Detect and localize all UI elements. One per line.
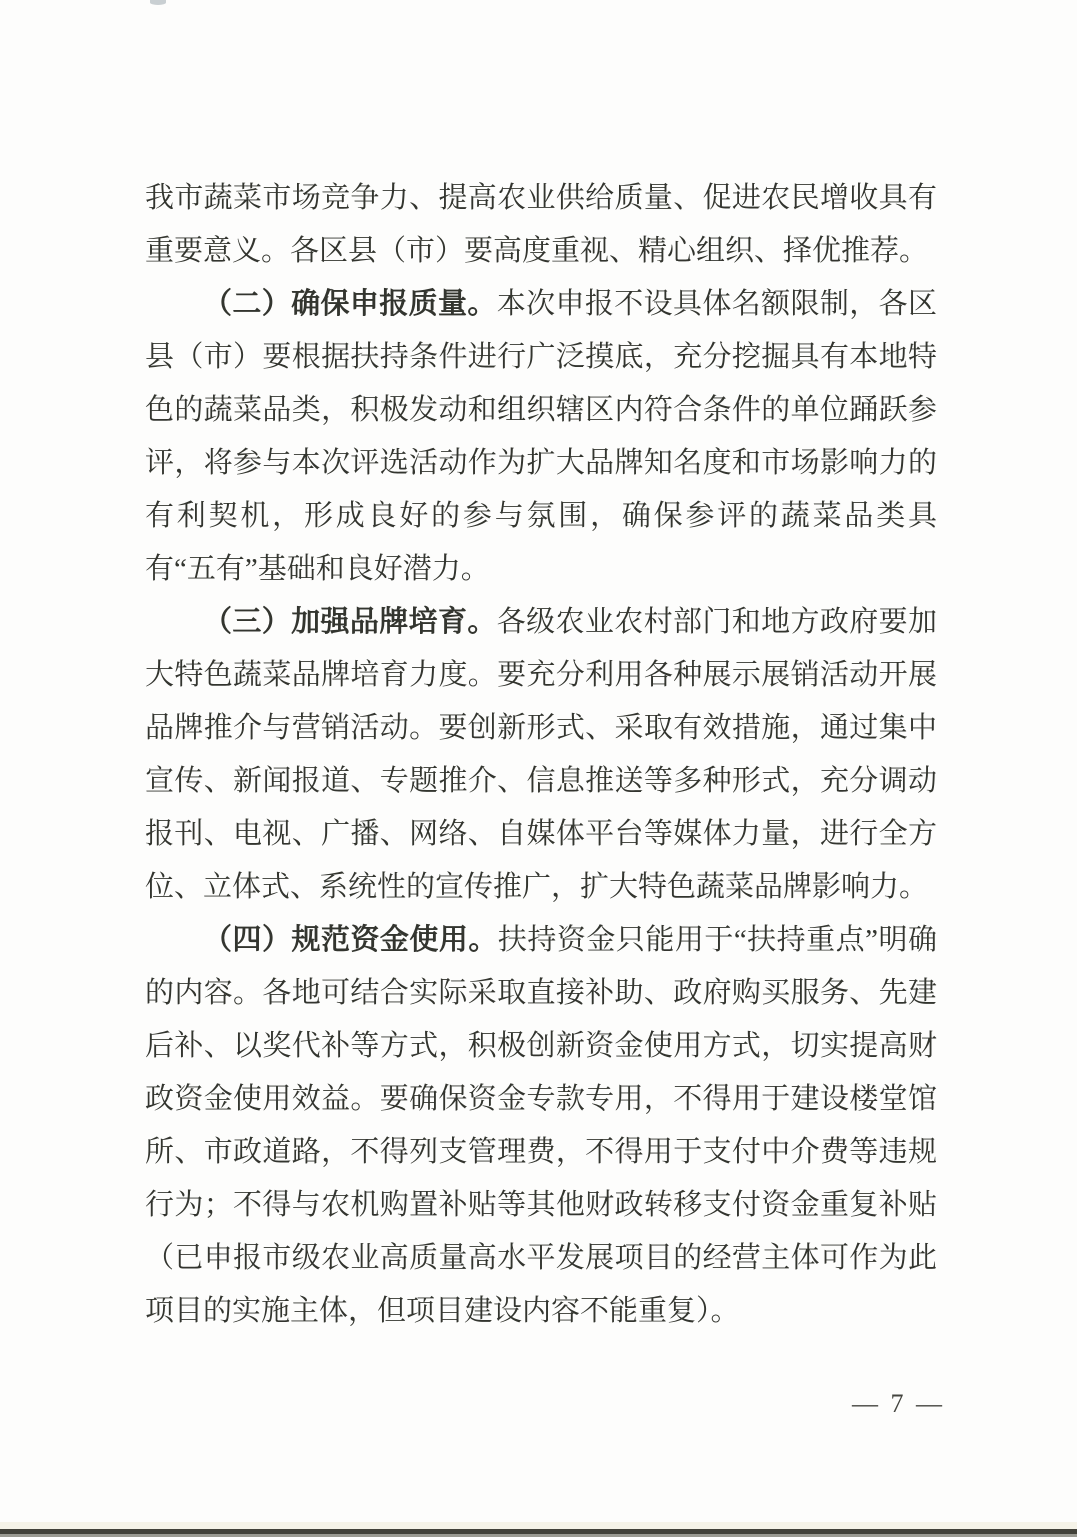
scan-artifact-top <box>150 0 166 5</box>
paragraph-text: 各级农业农村部门和地方政府要加大特色蔬菜品牌培育力度。要充分利用各种展示展销活动… <box>145 606 937 903</box>
paragraph: （四）规范资金使用。扶持资金只能用于“扶持重点”明确的内容。各地可结合实际采取直… <box>145 914 937 1338</box>
paragraph-text: 本次申报不设具体名额限制，各区县（市）要根据扶持条件进行广泛摸底，充分挖掘具有本… <box>145 288 937 585</box>
paragraph: 我市蔬菜市场竞争力、提高农业供给质量、促进农民增收具有重要意义。各区县（市）要高… <box>145 172 937 278</box>
paragraph-text: 扶持资金只能用于“扶持重点”明确的内容。各地可结合实际采取直接补助、政府购买服务… <box>145 924 937 1327</box>
document-body: 我市蔬菜市场竞争力、提高农业供给质量、促进农民增收具有重要意义。各区县（市）要高… <box>145 172 937 1338</box>
paragraph-text: 我市蔬菜市场竞争力、提高农业供给质量、促进农民增收具有重要意义。各区县（市）要高… <box>145 182 937 267</box>
document-page: 我市蔬菜市场竞争力、提高农业供给质量、促进农民增收具有重要意义。各区县（市）要高… <box>0 0 1077 1537</box>
paragraph-heading: （三）加强品牌培育。 <box>203 606 497 638</box>
page-number: — 7 — <box>845 1389 945 1419</box>
paragraph: （二）确保申报质量。本次申报不设具体名额限制，各区县（市）要根据扶持条件进行广泛… <box>145 278 937 596</box>
paragraph-heading: （四）规范资金使用。 <box>203 924 498 956</box>
paragraph: （三）加强品牌培育。各级农业农村部门和地方政府要加大特色蔬菜品牌培育力度。要充分… <box>145 596 937 914</box>
paragraph-heading: （二）确保申报质量。 <box>203 288 497 320</box>
